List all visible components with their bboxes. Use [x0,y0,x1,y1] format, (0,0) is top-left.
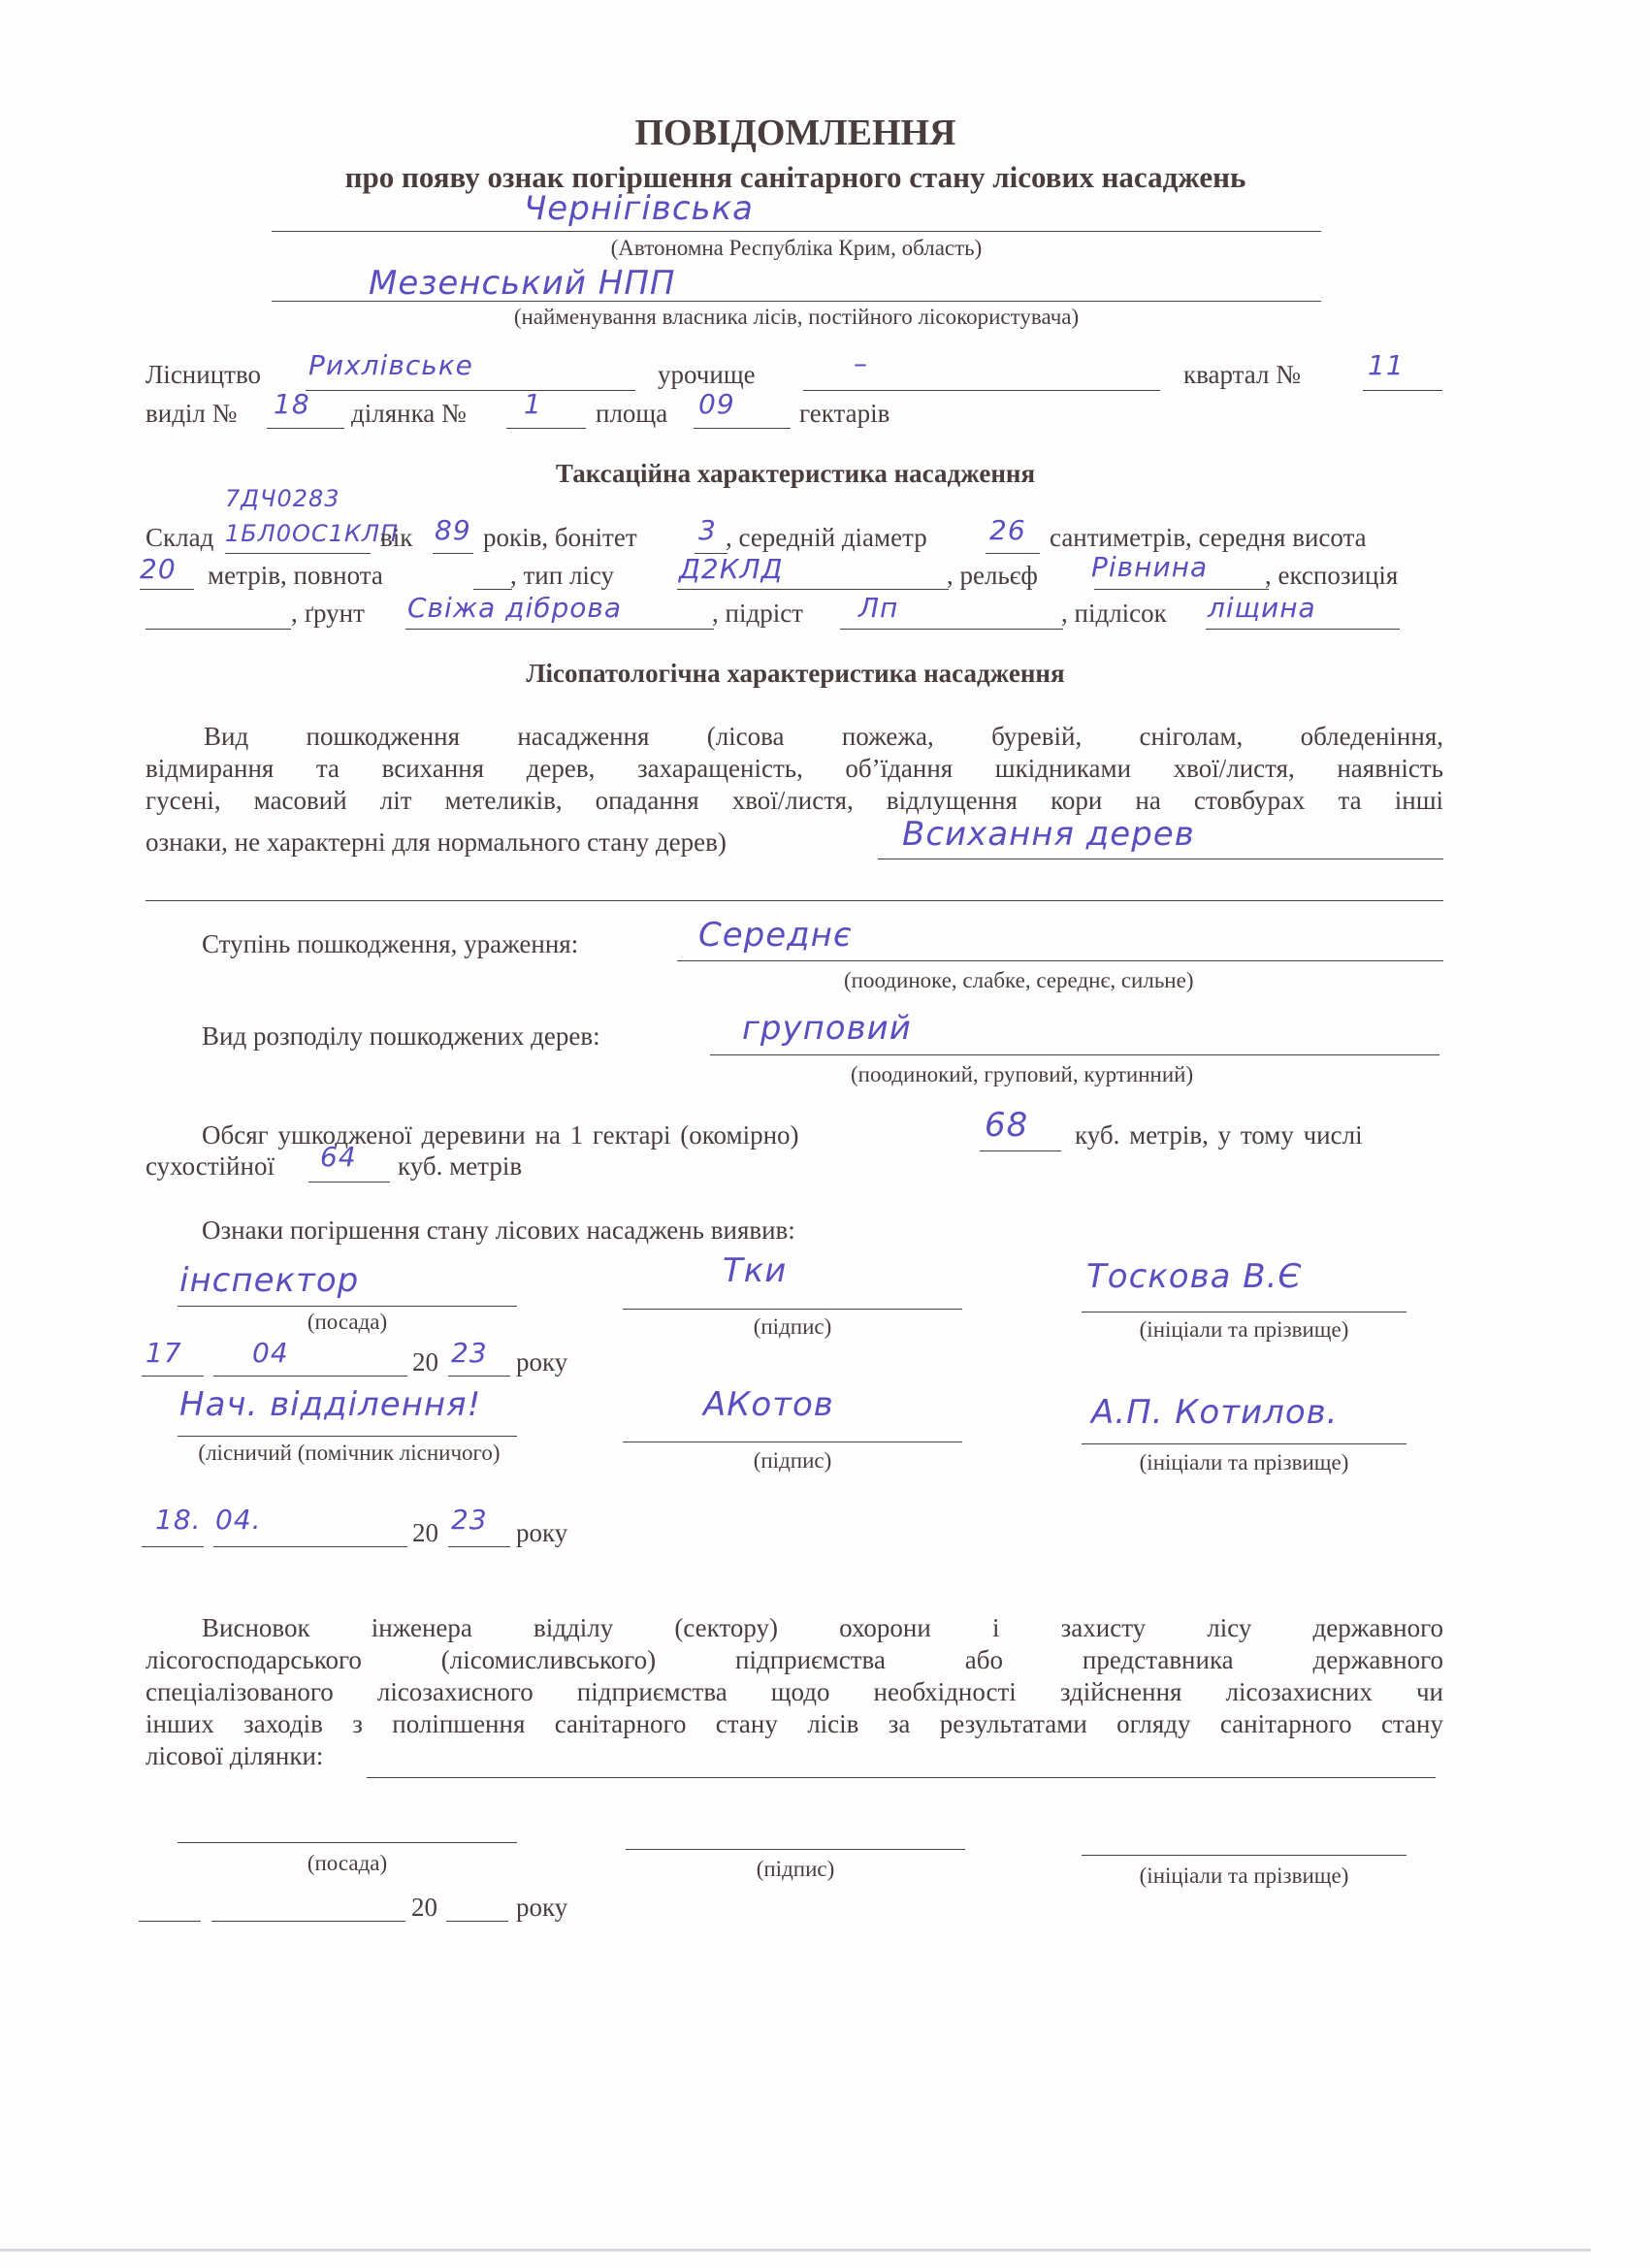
forester-date-century: 20 [412,1517,438,1548]
owner-value[interactable]: Мезенський НПП [369,264,675,303]
inspector-name-caption: (ініціали та прізвище) [1082,1316,1406,1344]
relief-underline [1094,589,1269,590]
engineer-position-caption: (посада) [178,1850,517,1877]
forester-position-underline [178,1436,517,1437]
soil-label: , ґрунт [291,598,365,629]
inspector-date-month-underline [213,1376,407,1377]
forester-date-month-underline [213,1546,407,1547]
inspector-date-day-underline [142,1376,204,1377]
soil-value[interactable]: Свіжа діброва [407,592,622,624]
forester-signature-caption: (підпис) [623,1447,962,1474]
forest-type-label: , тип лісу [510,560,614,591]
inspector-date-year-underline [448,1376,510,1377]
damage-type-line-1: Вид пошкодження насадження (лісова пожеж… [204,721,1443,752]
area-value[interactable]: 09 [698,388,735,420]
tract-value[interactable]: – [854,347,868,379]
deadwood-value[interactable]: 64 [320,1141,357,1173]
pathology-title: Лісопатологічна характеристика насадженн… [0,658,1591,689]
inspector-signature[interactable]: Тки [723,1251,787,1290]
engineer-date-day-underline[interactable] [139,1921,201,1922]
damage-type-underline-2 [145,900,1443,901]
diameter-label: , середній діаметр [726,522,927,553]
forester-date-month[interactable]: 04. [215,1504,262,1536]
inspector-name-underline [1082,1312,1406,1312]
forestry-underline [306,390,635,391]
underbrush-underline [1206,629,1400,630]
detected-by-label: Ознаки погіршення стану лісових насаджен… [202,1215,795,1246]
engineer-name-caption: (ініціали та прізвище) [1082,1863,1406,1890]
deadwood-label: сухостійної [145,1150,275,1182]
inspector-position-underline [178,1306,517,1307]
forester-name-caption: (ініціали та прізвище) [1082,1449,1406,1476]
document-page: ПОВІДОМЛЕННЯ про появу ознак погіршення … [0,0,1649,2268]
distribution-underline [710,1054,1439,1055]
forest-type-underline [677,589,949,590]
soil-underline [405,629,714,630]
engineer-name-underline[interactable] [1082,1855,1406,1856]
engineer-date-month-underline[interactable] [211,1921,405,1922]
inspector-date-day[interactable]: 17 [145,1337,182,1369]
damage-type-line-4: ознаки, не характерні для нормального ст… [145,826,727,858]
relief-value[interactable]: Рівнина [1091,551,1208,583]
forester-date-year[interactable]: 23 [451,1504,488,1536]
damage-degree-label: Ступінь пошкодження, ураження: [202,928,578,959]
distribution-label: Вид розподілу пошкоджених дерев: [202,1021,600,1052]
age-unit: років, бонітет [483,522,637,553]
inspector-name-value[interactable]: Тоскова В.Є [1086,1257,1302,1296]
height-underline [140,589,194,590]
underbrush-value[interactable]: ліщина [1208,592,1316,624]
forestry-value[interactable]: Рихлівське [308,349,473,381]
undergrowth-value[interactable]: Лп [858,592,898,624]
volume-tail: куб. метрів, у тому числі [1075,1119,1363,1150]
bonitet-value[interactable]: 3 [698,514,717,546]
composition-label: Склад [145,522,213,553]
owner-underline [272,301,1321,302]
forester-position-value[interactable]: Нач. відділення! [179,1385,481,1424]
age-label: вік [380,522,412,553]
inspector-date-century: 20 [412,1346,438,1377]
plot-value[interactable]: 1 [524,388,542,420]
relief-label: , рельєф [947,560,1038,591]
damage-degree-value[interactable]: Середнє [698,916,853,955]
engineer-position-underline[interactable] [178,1842,517,1843]
area-label: площа [596,398,667,429]
height-unit: метрів, повнота [208,560,383,591]
diameter-value[interactable]: 26 [989,514,1026,546]
damage-type-line-3: гусені, масовий літ метеликів, опадання … [145,785,1443,816]
region-caption: (Автономна Республіка Крим, область) [272,235,1321,262]
composition-top-value[interactable]: 7ДЧ0283 [225,485,340,512]
exposition-underline [145,629,291,630]
inspector-position-value[interactable]: інспектор [179,1261,359,1300]
document-title: ПОВІДОМЛЕННЯ [0,112,1591,154]
inspector-date-year[interactable]: 23 [451,1337,488,1369]
region-underline [272,231,1321,232]
region-value[interactable]: Чернігівська [524,189,754,228]
conclusion-line-3: спеціалізованого лісозахисного підприємс… [145,1676,1443,1707]
document-subtitle: про появу ознак погіршення санітарного с… [0,160,1591,195]
inspector-signature-caption: (підпис) [623,1313,962,1341]
deadwood-unit: куб. метрів [398,1150,522,1182]
inspector-date-month[interactable]: 04 [252,1337,289,1369]
section-underline [267,428,344,429]
plot-underline [506,428,586,429]
height-value[interactable]: 20 [140,553,177,585]
exposition-label: , експозиція [1265,560,1398,591]
engineer-date-suffix: року [516,1892,567,1923]
quarter-label: квартал № [1183,359,1301,390]
conclusion-line-2: лісогосподарського (лісомисливського) пі… [145,1644,1443,1675]
forester-date-year-underline [448,1546,510,1547]
age-value[interactable]: 89 [435,514,471,546]
forester-date-suffix: року [516,1517,567,1548]
plot-label: ділянка № [351,398,467,429]
volume-value[interactable]: 68 [985,1106,1028,1145]
forester-signature[interactable]: АКотов [703,1385,834,1424]
diameter-underline [986,553,1040,554]
tract-label: урочище [658,359,756,390]
forester-name-underline [1082,1443,1406,1444]
age-underline [433,553,473,554]
forester-date-day-underline [142,1546,204,1547]
forester-signature-underline [623,1442,962,1442]
inspector-position-caption: (посада) [178,1309,517,1336]
quarter-underline [1363,390,1442,391]
composition-value[interactable]: 1БЛ0ОС1КЛП [225,520,399,547]
forester-date-day[interactable]: 18. [155,1504,202,1536]
distribution-caption: (поодинокий, груповий, куртинний) [851,1061,1193,1088]
owner-caption: (найменування власника лісів, постійного… [272,304,1321,331]
engineer-signature-underline[interactable] [626,1849,965,1850]
engineer-signature-caption: (підпис) [626,1856,965,1883]
forester-position-caption: (лісничий (помічник лісничого) [155,1440,543,1467]
underbrush-label: , підлісок [1061,598,1167,629]
damage-type-value[interactable]: Всихання дерев [902,815,1195,854]
conclusion-underline[interactable] [367,1777,1436,1778]
volume-underline [980,1150,1061,1151]
damage-type-underline [878,859,1443,859]
diameter-unit: сантиметрів, середня висота [1050,522,1367,553]
tract-underline [803,390,1160,391]
undergrowth-label: , підріст [712,598,803,629]
damage-type-line-2: відмирання та всихання дерев, захаращені… [145,753,1443,784]
section-value[interactable]: 18 [274,388,310,420]
forester-name-value[interactable]: А.П. Котилов. [1091,1393,1338,1432]
inspector-date-suffix: року [516,1346,567,1377]
area-underline [694,428,791,429]
deadwood-underline [308,1182,390,1183]
undergrowth-underline [840,629,1063,630]
section-label: виділ № [145,398,237,429]
area-unit: гектарів [799,398,889,429]
volume-label: Обсяг ушкодженої деревини на 1 гектарі (… [202,1119,799,1150]
damage-degree-underline [677,960,1443,961]
inspector-signature-underline [623,1309,962,1310]
conclusion-line-1: Висновок інженера відділу (сектору) охор… [202,1612,1443,1643]
damage-degree-caption: (поодиноке, слабке, середнє, сильне) [844,967,1194,994]
forestry-label: Лісництво [145,359,261,390]
forest-type-value[interactable]: Д2КЛД [679,553,784,585]
engineer-date-year-underline[interactable] [446,1921,508,1922]
scan-edge-line [0,2249,1591,2252]
density-underline [473,589,512,590]
engineer-date-century: 20 [411,1892,437,1923]
quarter-value[interactable]: 11 [1368,349,1405,381]
composition-underline [225,553,371,554]
conclusion-last-label: лісової ділянки: [145,1740,323,1771]
distribution-value[interactable]: груповий [742,1009,912,1048]
conclusion-line-4: інших заходів з поліпшення санітарного с… [145,1708,1443,1739]
